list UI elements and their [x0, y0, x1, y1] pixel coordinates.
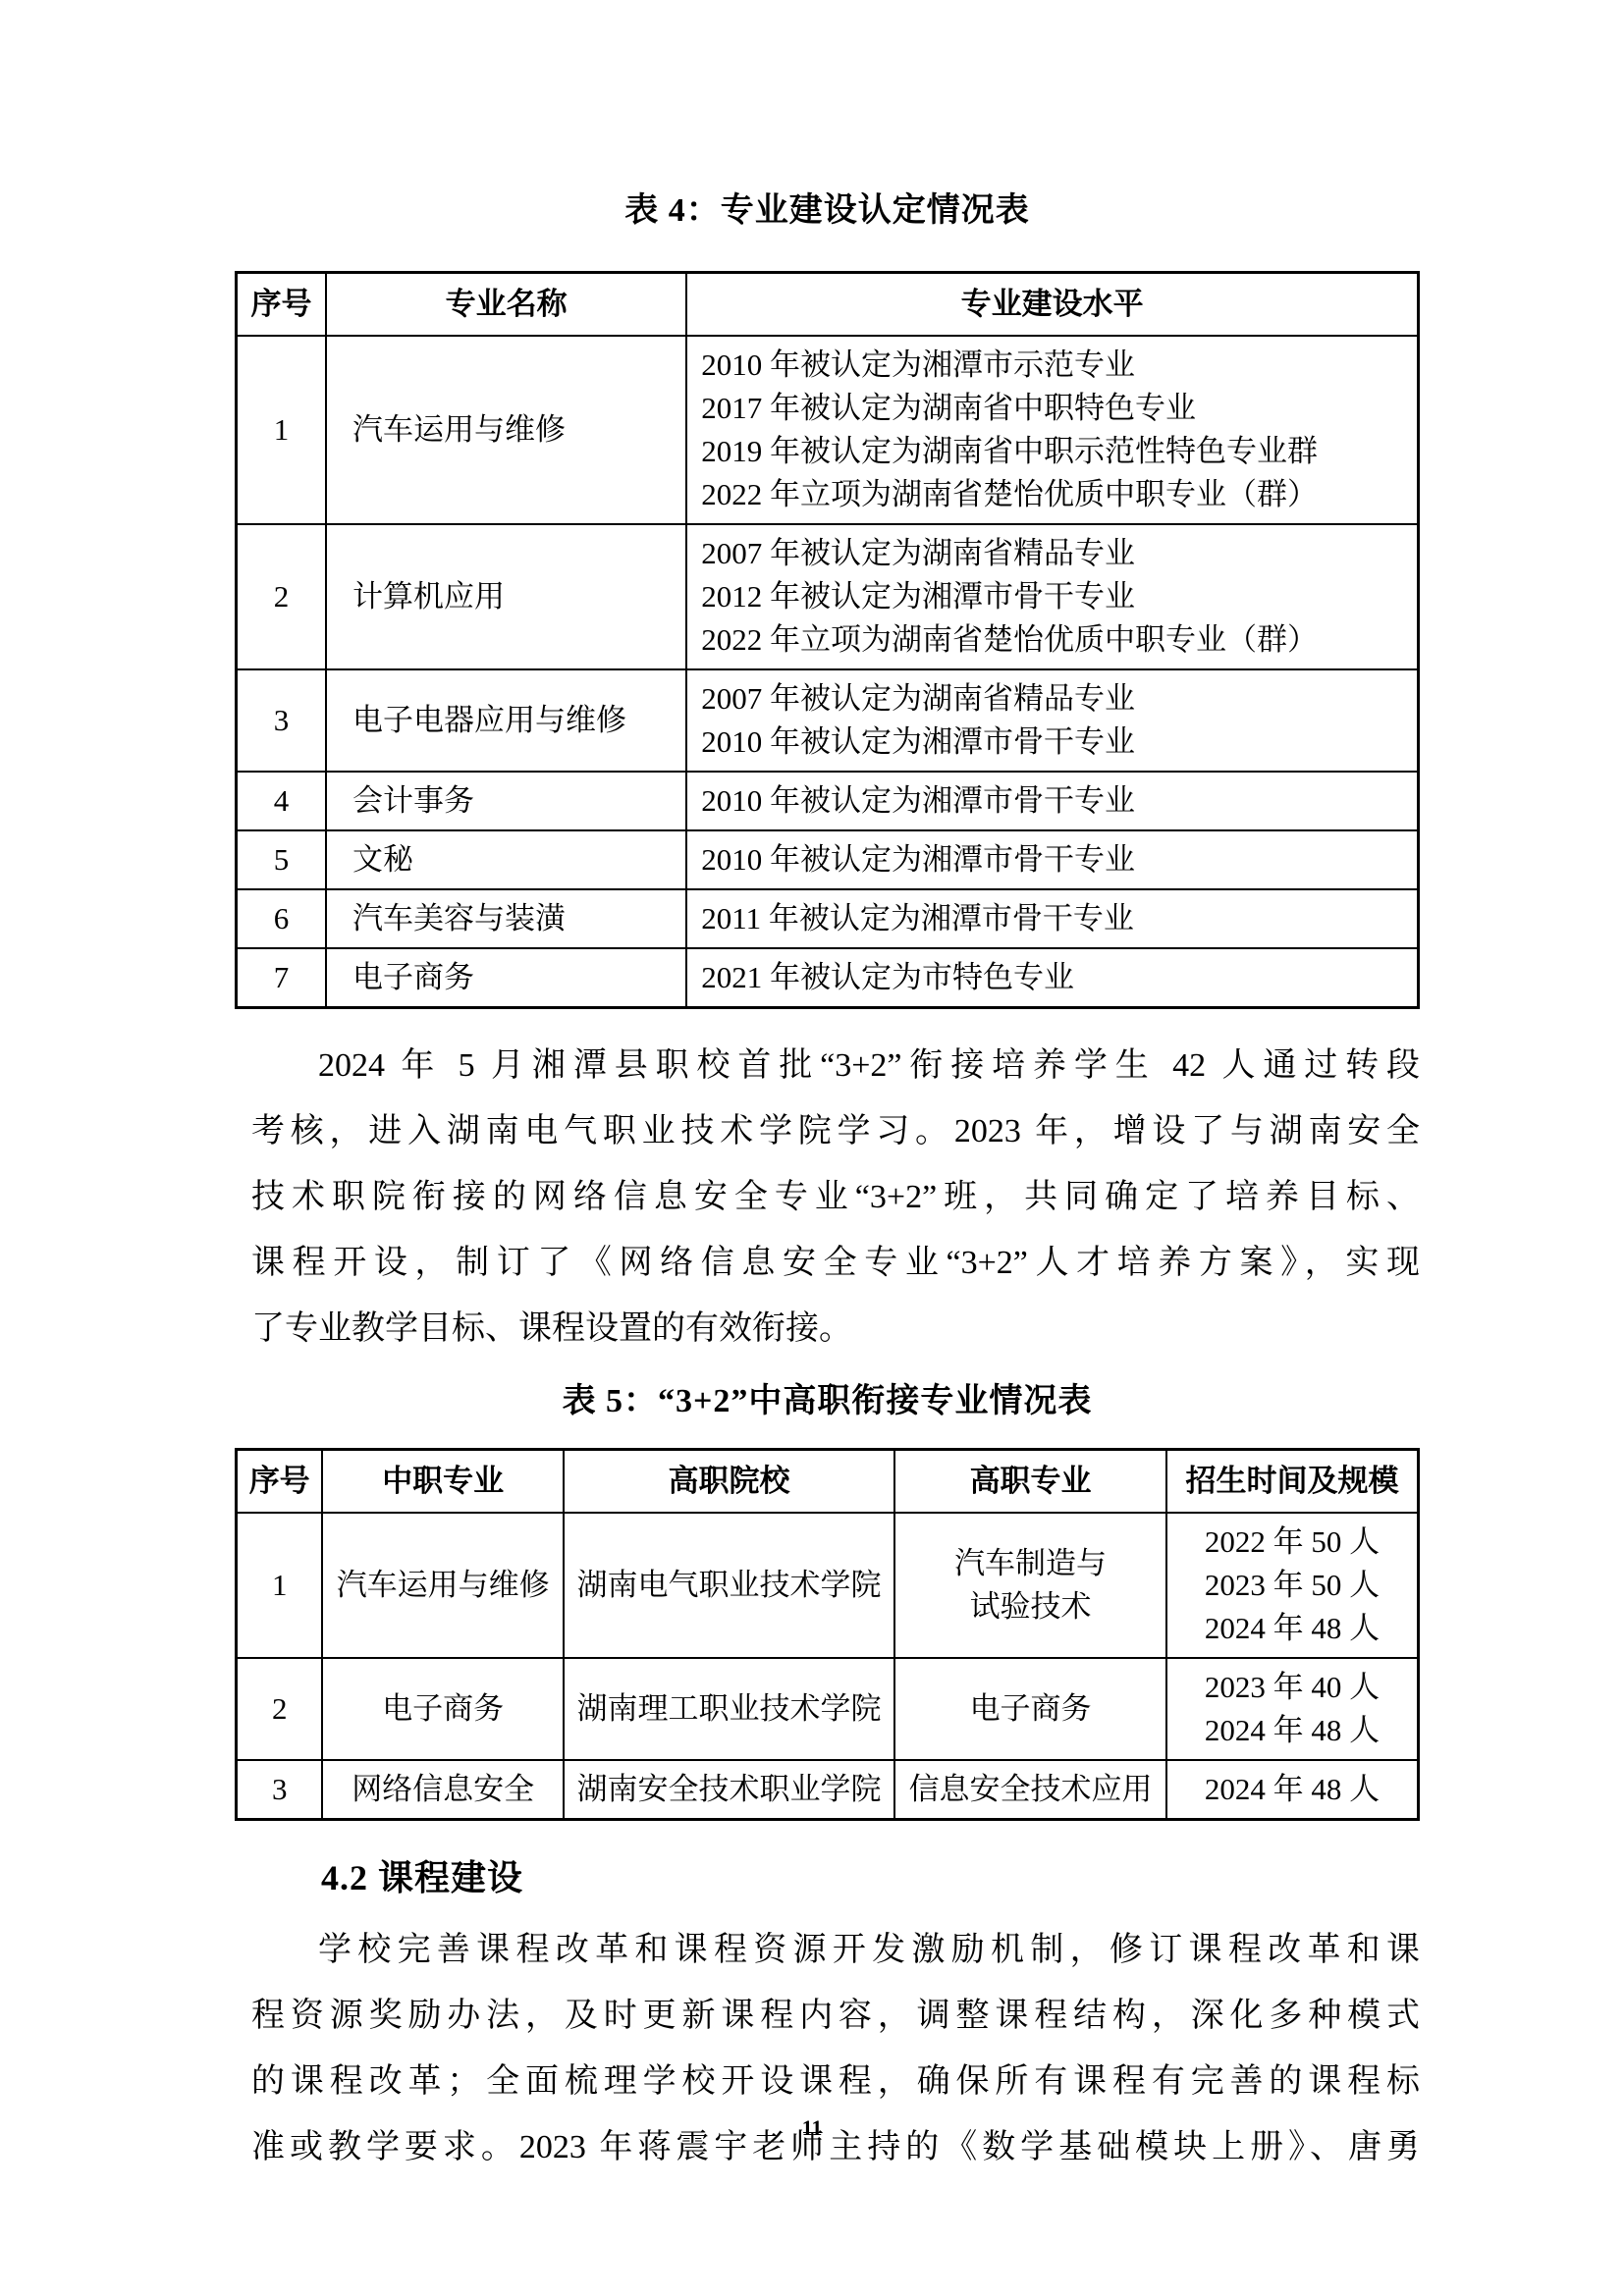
table-row: 7 电子商务 2021 年被认定为市特色专业: [237, 948, 1419, 1008]
cell-college: 湖南电气职业技术学院: [564, 1513, 894, 1658]
cell-major: 文秘: [326, 830, 686, 889]
cell-no: 6: [237, 889, 327, 948]
table4-major-recognition: 序号 专业名称 专业建设水平 1 汽车运用与维修 2010 年被认定为湘潭市示范…: [235, 271, 1420, 1009]
table5-header-row: 序号 中职专业 高职院校 高职专业 招生时间及规模: [237, 1450, 1419, 1514]
cell-enrollment: 2023 年 40 人 2024 年 48 人: [1166, 1658, 1418, 1760]
table5-header-no: 序号: [237, 1450, 323, 1514]
table-row: 2 电子商务 湖南理工职业技术学院 电子商务 2023 年 40 人 2024 …: [237, 1658, 1419, 1760]
cell-college: 湖南安全技术职业学院: [564, 1760, 894, 1820]
cell-major: 汽车美容与装潢: [326, 889, 686, 948]
table-row: 1 汽车运用与维修 2010 年被认定为湘潭市示范专业 2017 年被认定为湖南…: [237, 336, 1419, 524]
table5-3plus2-programs: 序号 中职专业 高职院校 高职专业 招生时间及规模 1 汽车运用与维修 湖南电气…: [235, 1448, 1420, 1821]
cell-no: 3: [237, 1760, 323, 1820]
paragraph-line: 了专业教学目标、课程设置的有效衔接。: [251, 1296, 1420, 1362]
table4-header-row: 序号 专业名称 专业建设水平: [237, 273, 1419, 337]
table-row: 1 汽车运用与维修 湖南电气职业技术学院 汽车制造与 试验技术 2022 年 5…: [237, 1513, 1419, 1658]
document-page: 表 4：专业建设认定情况表 序号 专业名称 专业建设水平 1 汽车运用与维修 2…: [0, 0, 1624, 2296]
table4-header-level: 专业建设水平: [686, 273, 1418, 337]
cell-no: 2: [237, 524, 327, 669]
page-number: 11: [0, 2115, 1624, 2141]
cell-secondary-major: 汽车运用与维修: [322, 1513, 564, 1658]
cell-no: 2: [237, 1658, 323, 1760]
table5-header-enrollment: 招生时间及规模: [1166, 1450, 1418, 1514]
cell-levels: 2021 年被认定为市特色专业: [686, 948, 1418, 1008]
cell-no: 4: [237, 772, 327, 830]
cell-secondary-major: 网络信息安全: [322, 1760, 564, 1820]
cell-levels: 2007 年被认定为湖南省精品专业 2010 年被认定为湘潭市骨干专业: [686, 669, 1418, 772]
paragraph-line: 2024 年 5 月湘潭县职校首批“3+2”衔接培养学生 42 人通过转段: [251, 1033, 1420, 1098]
cell-no: 1: [237, 336, 327, 524]
cell-levels: 2010 年被认定为湘潭市示范专业 2017 年被认定为湖南省中职特色专业 20…: [686, 336, 1418, 524]
cell-enrollment: 2022 年 50 人 2023 年 50 人 2024 年 48 人: [1166, 1513, 1418, 1658]
cell-no: 7: [237, 948, 327, 1008]
table-row: 3 网络信息安全 湖南安全技术职业学院 信息安全技术应用 2024 年 48 人: [237, 1760, 1419, 1820]
table-row: 6 汽车美容与装潢 2011 年被认定为湘潭市骨干专业: [237, 889, 1419, 948]
paragraph-line: 学校完善课程改革和课程资源开发激励机制，修订课程改革和课: [251, 1917, 1420, 1983]
paragraph-3plus2: 2024 年 5 月湘潭县职校首批“3+2”衔接培养学生 42 人通过转段 考核…: [235, 1033, 1420, 1362]
table4-header-major: 专业名称: [326, 273, 686, 337]
paragraph-line: 技术职院衔接的网络信息安全专业“3+2”班，共同确定了培养目标、: [251, 1164, 1420, 1230]
cell-levels: 2010 年被认定为湘潭市骨干专业: [686, 830, 1418, 889]
table-row: 3 电子电器应用与维修 2007 年被认定为湖南省精品专业 2010 年被认定为…: [237, 669, 1419, 772]
cell-higher-major: 汽车制造与 试验技术: [894, 1513, 1166, 1658]
cell-no: 1: [237, 1513, 323, 1658]
table-row: 4 会计事务 2010 年被认定为湘潭市骨干专业: [237, 772, 1419, 830]
cell-enrollment: 2024 年 48 人: [1166, 1760, 1418, 1820]
cell-major: 计算机应用: [326, 524, 686, 669]
cell-higher-major: 信息安全技术应用: [894, 1760, 1166, 1820]
page-content: 表 4：专业建设认定情况表 序号 专业名称 专业建设水平 1 汽车运用与维修 2…: [235, 0, 1420, 2180]
paragraph-line: 课程开设，制订了《网络信息安全专业“3+2”人才培养方案》，实现: [251, 1230, 1420, 1296]
cell-no: 3: [237, 669, 327, 772]
cell-levels: 2010 年被认定为湘潭市骨干专业: [686, 772, 1418, 830]
cell-major: 汽车运用与维修: [326, 336, 686, 524]
paragraph-line: 考核，进入湖南电气职业技术学院学习。2023 年，增设了与湖南安全: [251, 1098, 1420, 1164]
cell-higher-major: 电子商务: [894, 1658, 1166, 1760]
table5-header-higher-major: 高职专业: [894, 1450, 1166, 1514]
table-row: 5 文秘 2010 年被认定为湘潭市骨干专业: [237, 830, 1419, 889]
cell-major: 电子商务: [326, 948, 686, 1008]
table5-title: 表 5：“3+2”中高职衔接专业情况表: [235, 1377, 1420, 1426]
table4-title: 表 4：专业建设认定情况表: [235, 187, 1420, 236]
cell-major: 会计事务: [326, 772, 686, 830]
table5-header-college: 高职院校: [564, 1450, 894, 1514]
paragraph-line: 的课程改革；全面梳理学校开设课程，确保所有课程有完善的课程标: [251, 2049, 1420, 2114]
cell-levels: 2007 年被认定为湖南省精品专业 2012 年被认定为湘潭市骨干专业 2022…: [686, 524, 1418, 669]
cell-secondary-major: 电子商务: [322, 1658, 564, 1760]
paragraph-line: 程资源奖励办法，及时更新课程内容，调整课程结构，深化多种模式: [251, 1983, 1420, 2049]
cell-college: 湖南理工职业技术学院: [564, 1658, 894, 1760]
section-heading-4-2: 4.2 课程建设: [321, 1854, 1420, 1901]
cell-major: 电子电器应用与维修: [326, 669, 686, 772]
table5-header-secondary-major: 中职专业: [322, 1450, 564, 1514]
cell-no: 5: [237, 830, 327, 889]
cell-levels: 2011 年被认定为湘潭市骨干专业: [686, 889, 1418, 948]
table-row: 2 计算机应用 2007 年被认定为湖南省精品专业 2012 年被认定为湘潭市骨…: [237, 524, 1419, 669]
table4-header-no: 序号: [237, 273, 327, 337]
